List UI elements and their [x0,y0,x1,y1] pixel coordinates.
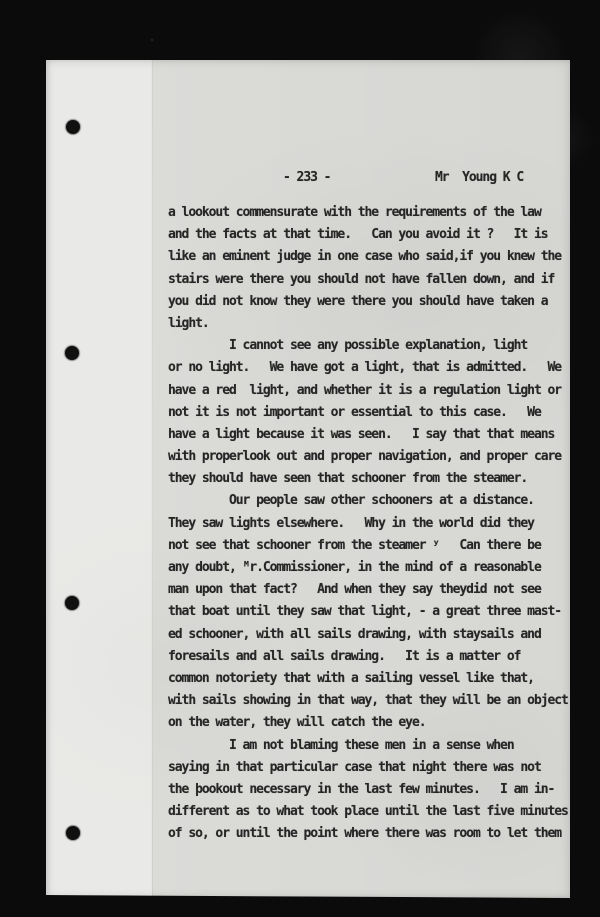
punch-hole-1 [66,120,80,134]
text-line: different as to what took place until th… [168,801,568,823]
page-header: - 233 - Mr Young K C [46,170,570,190]
text-line: common notoriety that with a sailing ves… [168,668,568,690]
text-line: foresails and all sails drawing. It is a… [168,646,568,668]
text-line: man upon that fact? And when they say th… [168,579,568,601]
text-line: that boat until they saw that light, - a… [168,601,568,623]
text-line: stairs were there you should not have fa… [168,269,568,291]
document-page: - 233 - Mr Young K C a lookout commensur… [46,60,570,898]
text-line: a lookout commensurate with the requirem… [168,202,568,224]
punch-hole-3 [65,596,79,610]
text-line: the þookout necessary in the last few mi… [168,779,568,801]
text-line: or no light. We have got a light, that i… [168,357,568,379]
scan-background: { "header": { "page_number": "- 233 -", … [0,0,600,917]
text-body: a lookout commensurate with the requirem… [168,202,568,845]
text-line: have a light because it was seen. I say … [168,424,568,446]
text-line: they should have seen that schooner from… [168,468,568,490]
text-line: any doubt, ᴹr.Commissioner, in the mind … [168,557,568,579]
text-line: like an eminent judge in one case who sa… [168,246,568,268]
text-line: They saw lights elsewhere. Why in the wo… [168,513,568,535]
text-line: with sails showing in that way, that the… [168,690,568,712]
text-line: not it is not important or essential to … [168,402,568,424]
punch-hole-4 [66,826,80,840]
text-line: with properlook out and proper navigatio… [168,446,568,468]
text-line: and the facts at that time. Can you avoi… [168,224,568,246]
punch-hole-2 [65,346,79,360]
page-number: - 233 - [283,170,330,185]
text-line: of so, or until the point where there wa… [168,823,568,845]
text-line: you did not know they were there you sho… [168,291,568,313]
text-line: I am not blaming these men in a sense wh… [168,735,568,757]
text-line: not see that schooner from the steamer ʸ… [168,535,568,557]
text-line: on the water, they will catch the eye. [168,712,568,734]
text-line: I cannot see any possible explanation, l… [168,335,568,357]
text-line: Our people saw other schooners at a dist… [168,490,568,512]
text-line: saying in that particular case that nigh… [168,757,568,779]
speaker-name: Mr Young K C [435,170,523,185]
text-line: light. [168,313,568,335]
text-line: ed schooner, with all sails drawing, wit… [168,624,568,646]
text-line: have a red light, and whether it is a re… [168,380,568,402]
